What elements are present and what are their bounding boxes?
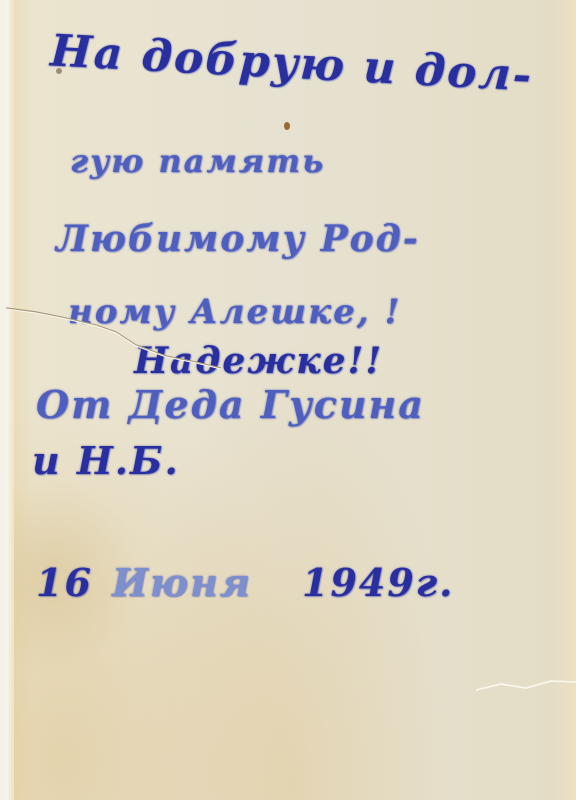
inscription-line-2: гую память (70, 142, 325, 180)
inscription-line-6: От Деда Гусина (36, 382, 425, 427)
date-day: 16 (36, 560, 93, 605)
inscription-line-1: На добрую и дол- (49, 25, 534, 101)
inscription-line-3: Любимому Род- (56, 218, 420, 260)
photo-back-card: На добрую и дол- гую память Любимому Род… (6, 0, 576, 800)
inscription-line-7: и Н.Б. (32, 438, 180, 483)
inscription-line-4: ному Алешке, ! (68, 292, 401, 332)
date-year: 1949г. (302, 560, 454, 605)
inscription-line-5: Надежке!! (134, 340, 383, 382)
date-month: Июня (112, 560, 252, 605)
stain-spot (284, 122, 290, 130)
card-left-edge (6, 0, 14, 800)
